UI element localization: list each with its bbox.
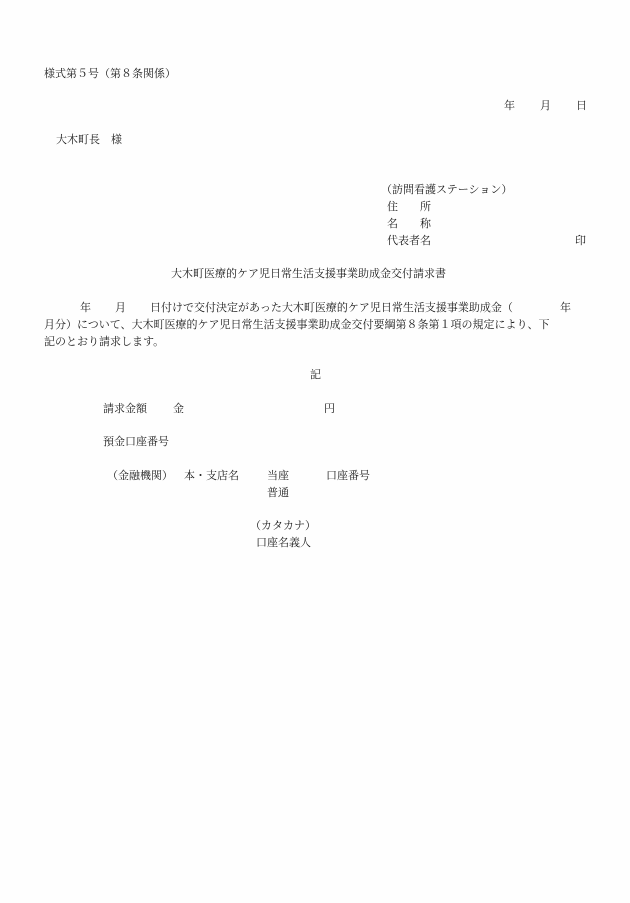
date-year-label: 年 bbox=[504, 100, 515, 111]
account-holder-label: 口座名義人 bbox=[256, 537, 311, 548]
kin-label: 金 bbox=[173, 403, 184, 414]
institution-label: （金融機関） bbox=[107, 470, 173, 481]
date-month-label: 月 bbox=[540, 100, 551, 111]
addressee: 大木町長 様 bbox=[56, 134, 122, 145]
body-year2: 年 bbox=[560, 302, 571, 313]
account-type-ordinary: 普通 bbox=[267, 487, 289, 498]
body-line1-text: 日付けで交付決定があった大木町医療的ケア児日常生活支援事業助成金（ bbox=[150, 302, 513, 313]
katakana-label: （カタカナ） bbox=[250, 520, 316, 531]
document-title: 大木町医療的ケア児日常生活支援事業助成金交付請求書 bbox=[171, 268, 446, 279]
deposit-account-label: 預金口座番号 bbox=[103, 436, 169, 447]
branch-label: 本・支店名 bbox=[184, 470, 239, 481]
date-day-label: 日 bbox=[576, 100, 587, 111]
name-label: 名 称 bbox=[387, 218, 431, 229]
ki-heading: 記 bbox=[310, 369, 321, 380]
form-number: 様式第５号（第８条関係） bbox=[44, 68, 176, 79]
body-line2: 月分）について、大木町医療的ケア児日常生活支援事業助成金交付要綱第８条第１項の規… bbox=[44, 319, 550, 330]
body-year: 年 bbox=[80, 302, 91, 313]
address-label: 住 所 bbox=[387, 201, 431, 212]
body-month: 月 bbox=[115, 302, 126, 313]
yen-label: 円 bbox=[324, 403, 335, 414]
claim-amount-label: 請求金額 bbox=[103, 403, 147, 414]
applicant-category: （訪問看護ステーション） bbox=[381, 184, 512, 195]
body-line3: 記のとおり請求します。 bbox=[44, 336, 164, 347]
seal-label: 印 bbox=[575, 235, 586, 246]
document-page: 様式第５号（第８条関係） 年 月 日 大木町長 様 （訪問看護ステーション） 住… bbox=[0, 0, 630, 903]
account-type-current: 当座 bbox=[267, 470, 289, 481]
account-number-label: 口座番号 bbox=[326, 470, 370, 481]
representative-label: 代表者名 bbox=[387, 235, 431, 246]
